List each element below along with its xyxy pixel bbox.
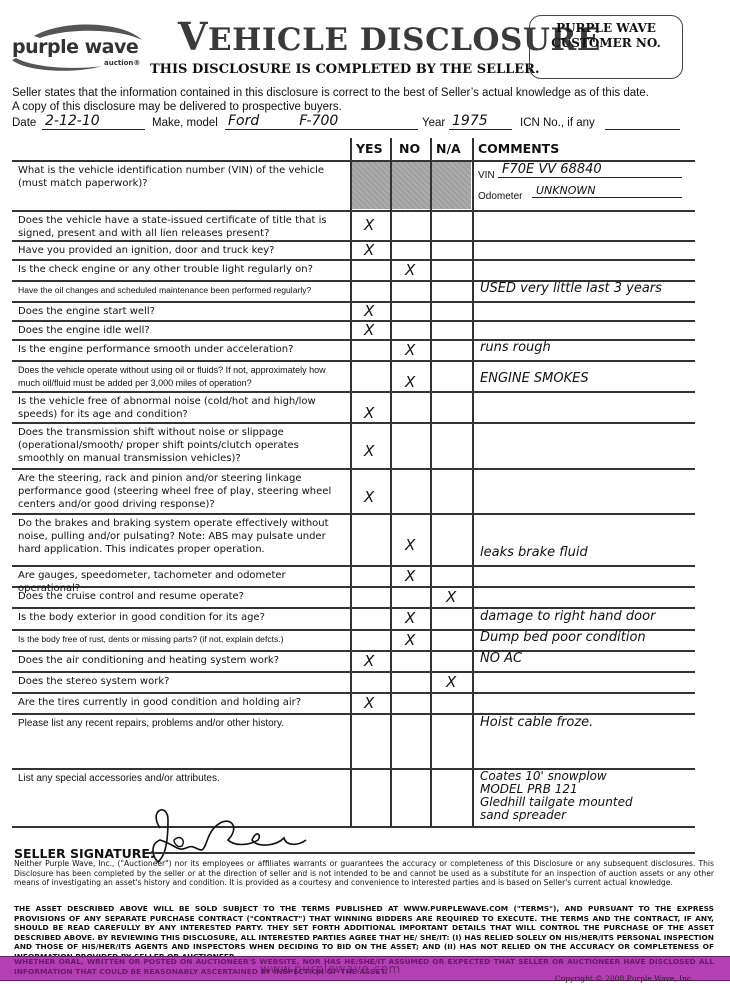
answer-mark-yes[interactable]: X [364, 694, 374, 712]
comment-text[interactable]: NO AC [480, 651, 522, 666]
answer-mark-no[interactable]: X [405, 261, 415, 279]
answer-mark-yes[interactable]: X [364, 442, 374, 460]
row-divider [12, 468, 695, 470]
question-text: Have you provided an ignition, door and … [18, 244, 344, 257]
vin-label: VIN [478, 170, 495, 181]
comment-text[interactable]: USED very little last 3 years [480, 281, 662, 296]
question-text: Are the steering, rack and pinion and/or… [18, 472, 344, 511]
odometer-label: Odometer [478, 191, 522, 202]
answer-mark-no[interactable]: X [405, 609, 415, 627]
question-text: Is the vehicle free of abnormal noise (c… [18, 395, 344, 421]
logo-subtext: auction® [104, 59, 140, 67]
vin-shaded-cells [351, 162, 471, 209]
row-divider [12, 391, 695, 393]
year-label: Year [422, 117, 445, 129]
question-text: Does the stereo system work? [18, 675, 344, 688]
comment-text[interactable]: ENGINE SMOKES [480, 371, 589, 386]
answer-mark-no[interactable]: X [405, 373, 415, 391]
comment-text[interactable]: runs rough [480, 340, 551, 355]
answer-mark-yes[interactable]: X [364, 652, 374, 670]
question-text: Does the engine start well? [18, 305, 344, 318]
row-divider [12, 240, 695, 242]
answer-mark-na[interactable]: X [446, 588, 456, 606]
intro-statement: Seller states that the information conta… [12, 86, 722, 114]
answer-mark-no[interactable]: X [405, 631, 415, 649]
question-text: Is the engine performance smooth under a… [18, 343, 344, 356]
column-header-yes: YES [356, 141, 383, 156]
terms-text: THE ASSET DESCRIBED ABOVE WILL BE SOLD S… [14, 904, 714, 962]
column-header-comments: COMMENTS [478, 141, 559, 156]
customer-box-label-2: CUSTOMER NO. [530, 36, 682, 51]
question-text: List any special accessories and/or attr… [18, 772, 344, 785]
question-text: Does the transmission shift without nois… [18, 426, 344, 465]
answer-mark-yes[interactable]: X [364, 488, 374, 506]
question-text: Do the brakes and braking system operate… [18, 517, 344, 556]
signature-line-extension [323, 852, 695, 854]
intro-line-2: A copy of this disclosure may be deliver… [12, 100, 722, 114]
customer-box-label-1: PURPLE WAVE [530, 21, 682, 36]
row-divider [12, 320, 695, 322]
question-text: Is the body free of rust, dents or missi… [18, 633, 344, 646]
answer-mark-yes[interactable]: X [364, 404, 374, 422]
seller-signature-scrawl [138, 800, 328, 865]
copyright-notice: Copyright © 2008 Purple Wave, Inc. [555, 974, 694, 983]
intro-line-1: Seller states that the information conta… [12, 86, 722, 100]
answer-mark-na[interactable]: X [446, 673, 456, 691]
make-model-field[interactable]: FordF-700 [225, 113, 418, 130]
answer-mark-yes[interactable]: X [364, 241, 374, 259]
website-watermark: www.purplewave.com [260, 962, 401, 976]
row-divider [12, 339, 695, 341]
row-divider [12, 422, 695, 424]
question-text: Does the cruise control and resume opera… [18, 590, 344, 603]
row-divider [12, 565, 695, 567]
make-model-label: Make, model [152, 117, 218, 129]
make-value: Ford [228, 113, 259, 129]
row-divider [12, 826, 695, 828]
date-field[interactable]: 2-12-10 [42, 113, 145, 130]
odometer-field[interactable]: UNKNOWN [532, 184, 682, 198]
question-text: Does the vehicle operate without using o… [18, 364, 344, 390]
vin-field[interactable]: F70E VV 68840 [498, 162, 682, 178]
comment-text[interactable]: Hoist cable froze. [480, 715, 593, 730]
comment-text[interactable]: Coates 10' snowplow MODEL PRB 121 Gledhi… [480, 770, 633, 822]
row-divider [12, 671, 695, 673]
row-divider [12, 692, 695, 694]
row-divider [12, 360, 695, 362]
question-text: Does the engine idle well? [18, 324, 344, 337]
question-text: Are the tires currently in good conditio… [18, 696, 344, 709]
logo-text: purple wave [12, 36, 138, 58]
comment-text[interactable]: Dump bed poor condition [480, 630, 646, 645]
comment-text[interactable]: leaks brake fluid [480, 545, 588, 560]
icn-field[interactable] [605, 113, 680, 130]
column-header-na: N/A [436, 141, 461, 156]
customer-number-box[interactable]: PURPLE WAVE CUSTOMER NO. [529, 15, 683, 79]
answer-mark-yes[interactable]: X [364, 321, 374, 339]
question-text: What is the vehicle identification numbe… [18, 164, 344, 190]
answer-mark-no[interactable]: X [405, 536, 415, 554]
row-divider [12, 259, 695, 261]
comment-text[interactable]: damage to right hand door [480, 609, 655, 624]
row-divider [12, 650, 695, 652]
year-field[interactable]: 1975 [449, 113, 512, 130]
purple-wave-logo: purple wave auction® [6, 22, 146, 72]
question-text: Does the vehicle have a state-issued cer… [18, 214, 344, 240]
row-divider [12, 513, 695, 515]
question-text: Please list any recent repairs, problems… [18, 717, 344, 730]
column-header-no: NO [399, 141, 420, 156]
answer-mark-no[interactable]: X [405, 341, 415, 359]
model-value: F-700 [299, 113, 338, 129]
answer-mark-yes[interactable]: X [364, 302, 374, 320]
page-subtitle: THIS DISCLOSURE IS COMPLETED BY THE SELL… [150, 62, 540, 77]
question-text: Is the check engine or any other trouble… [18, 263, 344, 276]
row-divider [12, 301, 695, 303]
answer-mark-yes[interactable]: X [364, 216, 374, 234]
question-text: Does the air conditioning and heating sy… [18, 654, 344, 667]
date-label: Date [12, 117, 36, 129]
disclaimer-text: Neither Purple Wave, Inc., ("Auctioneer"… [14, 859, 714, 888]
question-text: Have the oil changes and scheduled maint… [18, 284, 344, 297]
signature-line[interactable] [148, 852, 323, 854]
row-divider [12, 210, 695, 212]
answer-mark-no[interactable]: X [405, 567, 415, 585]
question-text: Is the body exterior in good condition f… [18, 611, 344, 624]
icn-label: ICN No., if any [520, 117, 595, 129]
